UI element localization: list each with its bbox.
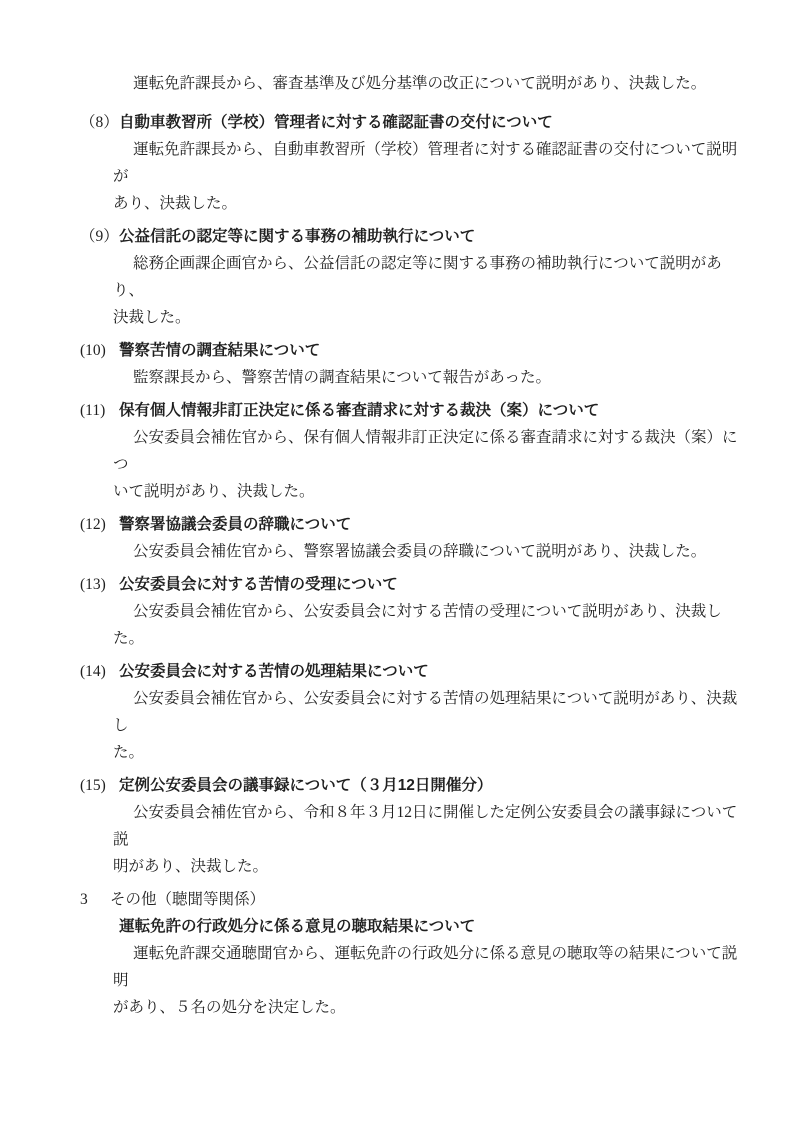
section-3-other: 3 その他（聴聞等関係） 運転免許の行政処分に係る意見の聴取結果について 運転免…	[80, 886, 745, 1021]
item-title: 保有個人情報非訂正決定に係る審査請求に対する裁決（案）について	[119, 397, 745, 424]
agenda-item-8: （8） 自動車教習所（学校）管理者に対する確認証書の交付について 運転免許課長か…	[80, 109, 745, 217]
item-body: 公安委員会補佐官から、保有個人情報非訂正決定に係る審査請求に対する裁決（案）につ…	[113, 424, 745, 505]
section-heading: その他（聴聞等関係）	[110, 886, 265, 913]
section-item-title: 運転免許の行政処分に係る意見の聴取結果について	[119, 913, 745, 940]
document-page: 運転免許課長から、審査基準及び処分基準の改正について説明があり、決裁した。 （8…	[0, 0, 800, 1131]
item-body: 総務企画課企画官から、公益信託の認定等に関する事務の補助執行について説明があり、…	[113, 250, 745, 331]
item-number: (12)	[80, 511, 119, 538]
section-heading-row: 3 その他（聴聞等関係）	[80, 886, 745, 913]
item-body: 公安委員会補佐官から、警察署協議会委員の辞職について説明があり、決裁した。	[113, 538, 745, 565]
item7-body-continuation: 運転免許課長から、審査基準及び処分基準の改正について説明があり、決裁した。	[113, 70, 745, 97]
item-body: 公安委員会補佐官から、公安委員会に対する苦情の処理結果について説明があり、決裁し…	[113, 685, 745, 766]
agenda-item-9: （9） 公益信託の認定等に関する事務の補助執行について 総務企画課企画官から、公…	[80, 223, 745, 331]
item-title: 公安委員会に対する苦情の受理について	[119, 571, 745, 598]
agenda-item-10: (10) 警察苦情の調査結果について 監察課長から、警察苦情の調査結果について報…	[80, 337, 745, 391]
item-number: （8）	[80, 109, 119, 136]
item-body: 運転免許課長から、自動車教習所（学校）管理者に対する確認証書の交付について説明が…	[113, 136, 745, 217]
item-title: 定例公安委員会の議事録について（３月12日開催分）	[119, 772, 745, 799]
agenda-item-15: (15) 定例公安委員会の議事録について（３月12日開催分） 公安委員会補佐官か…	[80, 772, 745, 880]
item-number: （9）	[80, 223, 119, 250]
agenda-item-12: (12) 警察署協議会委員の辞職について 公安委員会補佐官から、警察署協議会委員…	[80, 511, 745, 565]
item-number: (13)	[80, 571, 119, 598]
item-number: (10)	[80, 337, 119, 364]
item-title: 警察苦情の調査結果について	[119, 337, 745, 364]
item-title: 自動車教習所（学校）管理者に対する確認証書の交付について	[119, 109, 745, 136]
item-title: 公安委員会に対する苦情の処理結果について	[119, 658, 745, 685]
item-number: (11)	[80, 397, 119, 424]
item-body: 公安委員会補佐官から、公安委員会に対する苦情の受理について説明があり、決裁した。	[113, 598, 745, 652]
agenda-item-13: (13) 公安委員会に対する苦情の受理について 公安委員会補佐官から、公安委員会…	[80, 571, 745, 652]
item-number: (15)	[80, 772, 119, 799]
item-title: 公益信託の認定等に関する事務の補助執行について	[119, 223, 745, 250]
agenda-item-11: (11) 保有個人情報非訂正決定に係る審査請求に対する裁決（案）について 公安委…	[80, 397, 745, 505]
item-title: 警察署協議会委員の辞職について	[119, 511, 745, 538]
section-number: 3	[80, 886, 88, 913]
agenda-item-14: (14) 公安委員会に対する苦情の処理結果について 公安委員会補佐官から、公安委…	[80, 658, 745, 766]
item-body: 監察課長から、警察苦情の調査結果について報告があった。	[113, 364, 745, 391]
item-body: 公安委員会補佐官から、令和８年３月12日に開催した定例公安委員会の議事録について…	[113, 799, 745, 880]
section-item-body: 運転免許課交通聴聞官から、運転免許の行政処分に係る意見の聴取等の結果について説明…	[113, 940, 745, 1021]
item-number: (14)	[80, 658, 119, 685]
